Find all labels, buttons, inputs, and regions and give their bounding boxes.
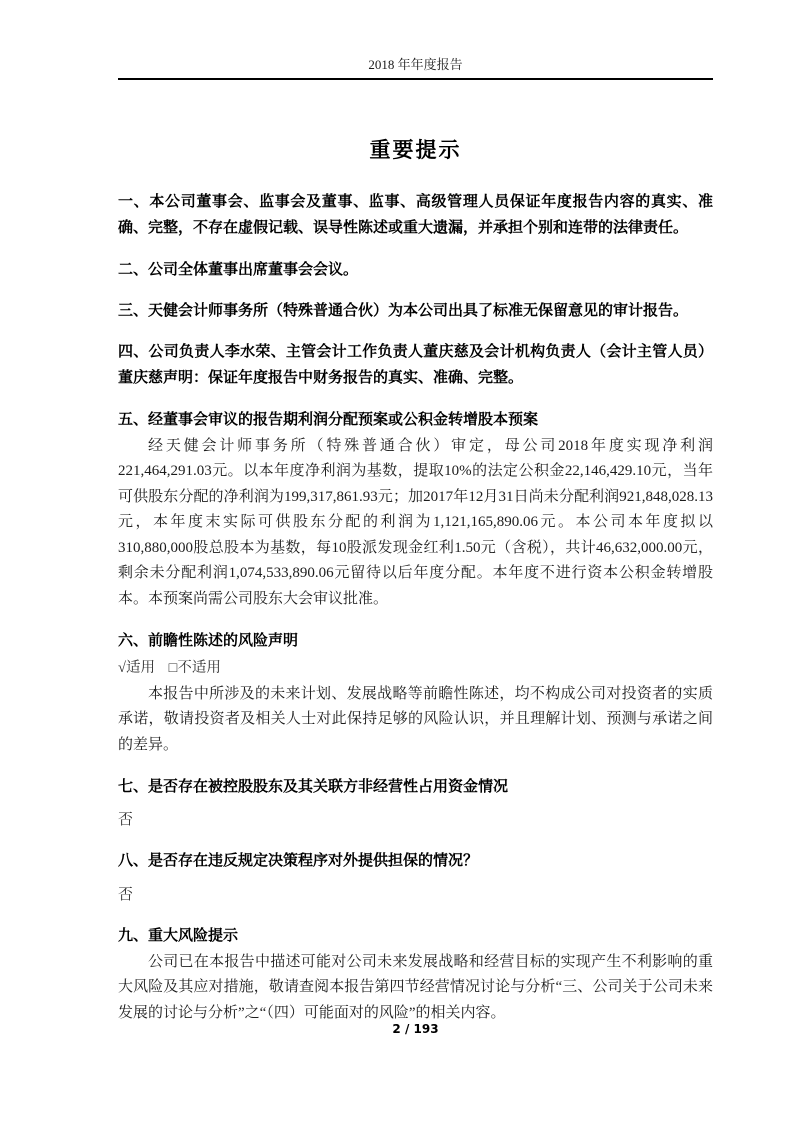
section-8-answer: 否 <box>118 883 713 907</box>
section-4-heading: 四、公司负责人李水荣、主管会计工作负责人董庆慈及会计机构负责人（会计主管人员）董… <box>118 338 713 391</box>
section-3-heading: 三、天健会计师事务所（特殊普通合伙）为本公司出具了标准无保留意见的审计报告。 <box>118 297 713 323</box>
section-audit-report: 三、天健会计师事务所（特殊普通合伙）为本公司出具了标准无保留意见的审计报告。 <box>118 297 713 323</box>
section-external-guarantee: 八、是否存在违反规定决策程序对外提供担保的情况？ 否 <box>118 847 713 906</box>
section-8-heading: 八、是否存在违反规定决策程序对外提供担保的情况？ <box>118 847 713 873</box>
applicable-checked-option: √适用 <box>118 660 155 676</box>
section-7-answer: 否 <box>118 808 713 832</box>
section-9-body: 公司已在本报告中描述可能对公司未来发展战略和经营目标的实现产生不利影响的重大风险… <box>118 950 713 1027</box>
page-content: 重要提示 一、本公司董事会、监事会及董事、监事、高级管理人员保证年度报告内容的真… <box>118 124 713 1041</box>
applicability-options: √适用 □不适用 <box>118 657 713 680</box>
section-board-guarantee: 一、本公司董事会、监事会及董事、监事、高级管理人员保证年度报告内容的真实、准确、… <box>118 188 713 241</box>
section-7-heading: 七、是否存在被控股股东及其关联方非经营性占用资金情况 <box>118 773 713 799</box>
section-9-heading: 九、重大风险提示 <box>118 922 713 948</box>
report-header-title: 2018 年年度报告 <box>368 57 462 72</box>
page-title: 重要提示 <box>118 134 713 164</box>
section-profit-distribution: 五、经董事会审议的报告期利润分配预案或公积金转增股本预案 经天健会计师事务所（特… <box>118 406 713 613</box>
section-fund-occupation: 七、是否存在被控股股东及其关联方非经营性占用资金情况 否 <box>118 773 713 832</box>
section-major-risk: 九、重大风险提示 公司已在本报告中描述可能对公司未来发展战略和经营目标的实现产生… <box>118 922 713 1027</box>
page-header: 2018 年年度报告 <box>118 54 713 80</box>
page-footer: 2 / 193 <box>118 1022 713 1036</box>
page-number: 2 / 193 <box>392 1022 438 1036</box>
section-directors-attendance: 二、公司全体董事出席董事会会议。 <box>118 256 713 282</box>
annual-report-page: 2018 年年度报告 重要提示 一、本公司董事会、监事会及董事、监事、高级管理人… <box>0 0 793 1122</box>
section-2-heading: 二、公司全体董事出席董事会会议。 <box>118 256 713 282</box>
section-6-heading: 六、前瞻性陈述的风险声明 <box>118 627 713 653</box>
section-5-body: 经天健会计师事务所（特殊普通合伙）审定，母公司2018年度实现净利润221,46… <box>118 434 713 613</box>
section-management-declaration: 四、公司负责人李水荣、主管会计工作负责人董庆慈及会计机构负责人（会计主管人员）董… <box>118 338 713 391</box>
section-5-heading: 五、经董事会审议的报告期利润分配预案或公积金转增股本预案 <box>118 406 713 432</box>
section-6-body: 本报告中所涉及的未来计划、发展战略等前瞻性陈述，均不构成公司对投资者的实质承诺，… <box>118 682 713 759</box>
section-forward-looking-risk: 六、前瞻性陈述的风险声明 √适用 □不适用 本报告中所涉及的未来计划、发展战略等… <box>118 627 713 758</box>
not-applicable-unchecked-option: □不适用 <box>169 660 221 676</box>
section-1-heading: 一、本公司董事会、监事会及董事、监事、高级管理人员保证年度报告内容的真实、准确、… <box>118 188 713 241</box>
